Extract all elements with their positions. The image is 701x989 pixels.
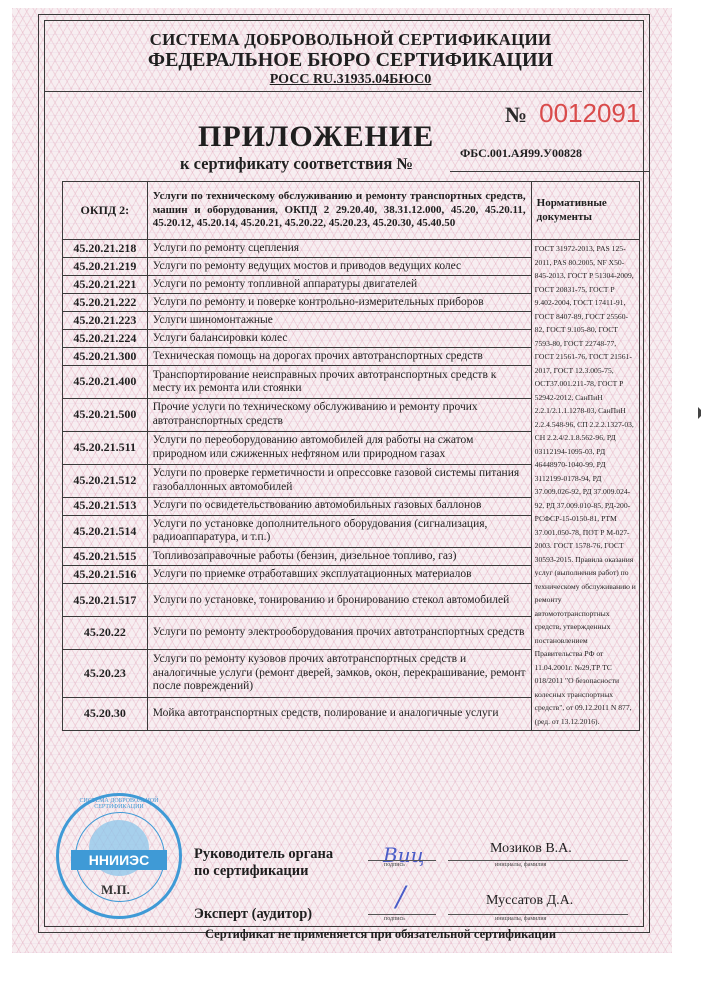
expert-label: Эксперт (аудитор) (194, 906, 312, 923)
expert-name-line (448, 914, 628, 915)
service-description: Услуги по ремонту сцепления (147, 240, 531, 258)
okpd-code: 45.20.22 (63, 617, 148, 650)
expert-sign-caption: подпись (384, 916, 405, 922)
okpd-code: 45.20.21.511 (63, 431, 148, 464)
services-table: ОКПД 2: Услуги по техническому обслужива… (62, 181, 640, 731)
stamp-mp: М.П. (101, 882, 130, 898)
page-title: ПРИЛОЖЕНИЕ (198, 120, 434, 154)
serial-number-value: 0012091 (539, 98, 640, 128)
head-sign-line (368, 860, 436, 861)
stamp-ring-text: СИСТЕМА ДОБРОВОЛЬНОЙ СЕРТИФИКАЦИИ (59, 798, 179, 810)
service-description: Техническая помощь на дорогах прочих авт… (147, 348, 531, 366)
service-description: Услуги по установке дополнительного обор… (147, 515, 531, 548)
certificate-number: ФБС.001.АЯ99.У00828 (450, 146, 650, 172)
okpd-code: 45.20.21.400 (63, 366, 148, 399)
normative-documents: ГОСТ 31972-2013, PAS 125-2011, PAS 80.20… (531, 240, 639, 731)
head-label-line1: Руководитель органа (194, 846, 333, 863)
service-description: Прочие услуги по техническому обслуживан… (147, 398, 531, 431)
okpd-code: 45.20.21.222 (63, 294, 148, 312)
service-description: Услуги балансировки колес (147, 330, 531, 348)
okpd-code: 45.20.21.218 (63, 240, 148, 258)
okpd-code: 45.20.21.221 (63, 276, 148, 294)
footer-note: Сертификат не применяется при обязательн… (205, 927, 556, 942)
okpd-code: 45.20.21.516 (63, 566, 148, 584)
expert-name-caption: инициалы, фамилия (495, 916, 546, 922)
service-description: Услуги по ремонту кузовов прочих автотра… (147, 650, 531, 698)
service-description: Услуги по проверке герметичности и опрес… (147, 464, 531, 497)
header-divider (45, 91, 642, 92)
okpd-code: 45.20.21.223 (63, 312, 148, 330)
head-label: Руководитель органа по сертификации (194, 846, 333, 880)
okpd-code: 45.20.23 (63, 650, 148, 698)
okpd-code: 45.20.21.514 (63, 515, 148, 548)
bureau-name: ФЕДЕРАЛЬНОЕ БЮРО СЕРТИФИКАЦИИ (0, 49, 701, 72)
okpd-code: 45.20.21.513 (63, 497, 148, 515)
number-sign: № (505, 102, 527, 127)
serial-number: № 0012091 (505, 98, 640, 129)
expert-signature: / (396, 880, 405, 913)
head-sign-caption: подпись (384, 862, 405, 868)
stamp-org-name: ННИИЭС (71, 850, 167, 870)
okpd-code: 45.20.21.500 (63, 398, 148, 431)
service-description: Услуги по освидетельствованию автомобиль… (147, 497, 531, 515)
service-description: Услуги шиномонтажные (147, 312, 531, 330)
head-label-line2: по сертификации (194, 863, 333, 880)
service-description: Услуги по переоборудованию автомобилей д… (147, 431, 531, 464)
okpd-code: 45.20.21.517 (63, 584, 148, 617)
table-header-row: ОКПД 2: Услуги по техническому обслужива… (63, 182, 640, 240)
service-description: Услуги по приемке отработавших эксплуата… (147, 566, 531, 584)
service-description: Мойка автотранспортных средств, полирова… (147, 697, 531, 730)
okpd-code: 45.20.21.300 (63, 348, 148, 366)
expert-name: Муссатов Д.А. (486, 893, 573, 909)
okpd-code: 45.20.30 (63, 697, 148, 730)
header-norms: Нормативные документы (531, 182, 639, 240)
service-description: Услуги по ремонту ведущих мостов и приво… (147, 258, 531, 276)
okpd-code: 45.20.21.512 (63, 464, 148, 497)
service-description: Услуги по ремонту электрооборудования пр… (147, 617, 531, 650)
service-description: Услуги по ремонту и поверке контрольно-и… (147, 294, 531, 312)
service-description: Топливозаправочные работы (бензин, дизел… (147, 548, 531, 566)
subtitle: к сертификату соответствия № (180, 154, 413, 174)
okpd-code: 45.20.21.515 (63, 548, 148, 566)
head-name-caption: инициалы, фамилия (495, 862, 546, 868)
service-description: Услуги по ремонту топливной аппаратуры д… (147, 276, 531, 294)
okpd-code: 45.20.21.219 (63, 258, 148, 276)
certification-stamp: СИСТЕМА ДОБРОВОЛЬНОЙ СЕРТИФИКАЦИИ ННИИЭС… (56, 793, 182, 919)
header-description: Услуги по техническому обслуживанию и ре… (147, 182, 531, 240)
service-description: Услуги по установке, тонированию и брони… (147, 584, 531, 617)
table-row: 45.20.21.218Услуги по ремонту сцепленияГ… (63, 240, 640, 258)
head-name-line (448, 860, 628, 861)
okpd-code: 45.20.21.224 (63, 330, 148, 348)
expert-sign-line (368, 914, 436, 915)
head-name: Мозиков В.А. (490, 841, 572, 857)
system-name: СИСТЕМА ДОБРОВОЛЬНОЙ СЕРТИФИКАЦИИ (0, 30, 701, 50)
header-okpd: ОКПД 2: (63, 182, 148, 240)
service-description: Транспортирование неисправных прочих авт… (147, 366, 531, 399)
registration-number: РОСС RU.31935.04БЮС0 (0, 72, 701, 88)
